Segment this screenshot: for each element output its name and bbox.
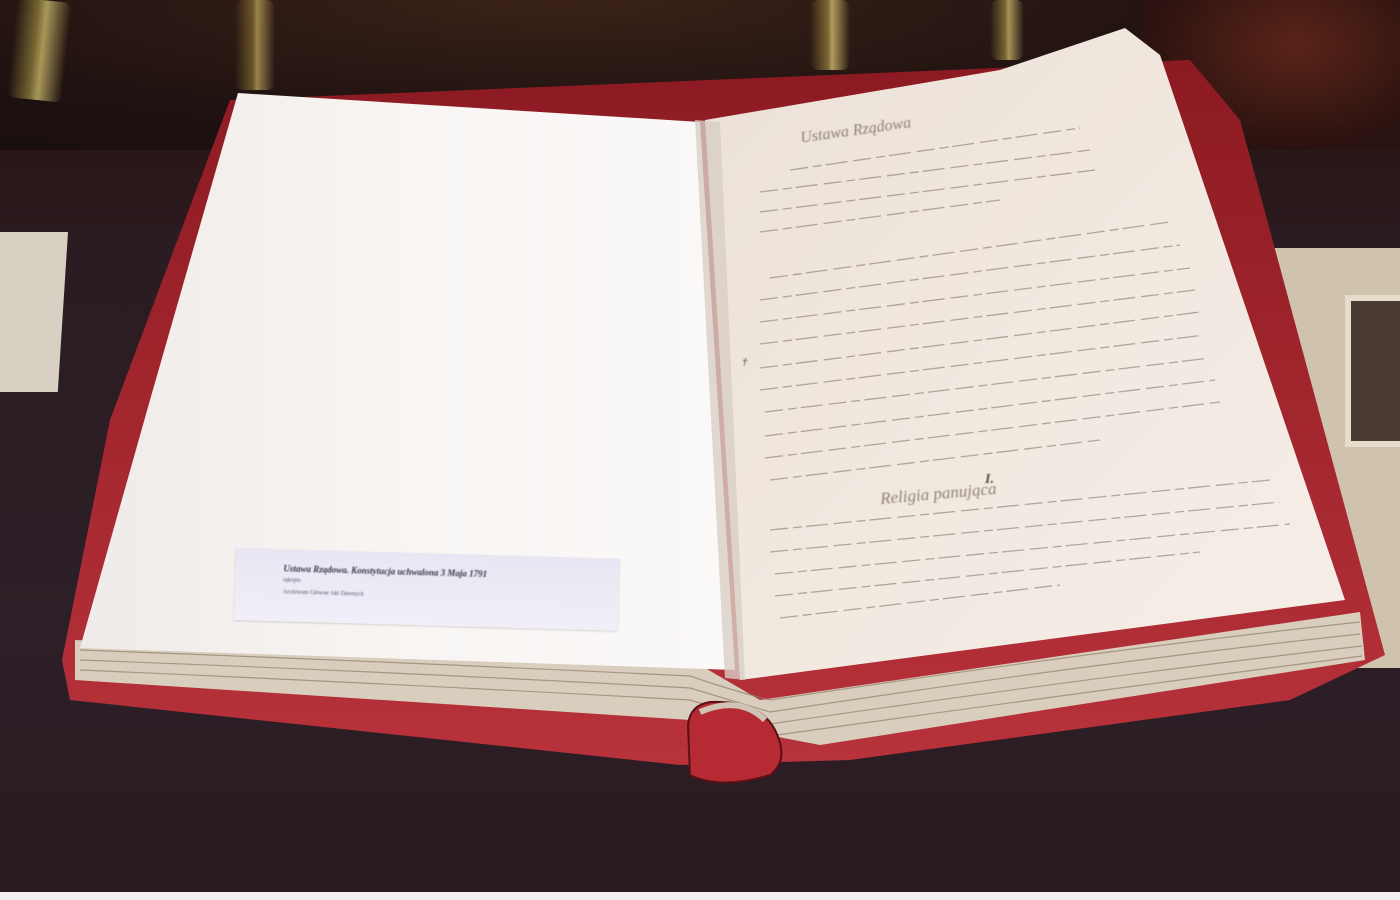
label-source: Archiwum Główne Akt Dawnych (283, 589, 364, 597)
photo-scene: Ustawa Rządowa † I. Religia panująca Ust… (0, 0, 1400, 900)
museum-label: Ustawa Rządowa. Konstytucja uchwalona 3 … (234, 548, 620, 631)
label-subtitle: rękopis (283, 577, 301, 583)
label-title: Ustawa Rządowa. Konstytucja uchwalona 3 … (283, 563, 487, 579)
manuscript-margin-mark: † (742, 356, 748, 368)
right-page (705, 28, 1345, 680)
open-book (0, 0, 1400, 900)
bottom-edge (0, 892, 1400, 900)
